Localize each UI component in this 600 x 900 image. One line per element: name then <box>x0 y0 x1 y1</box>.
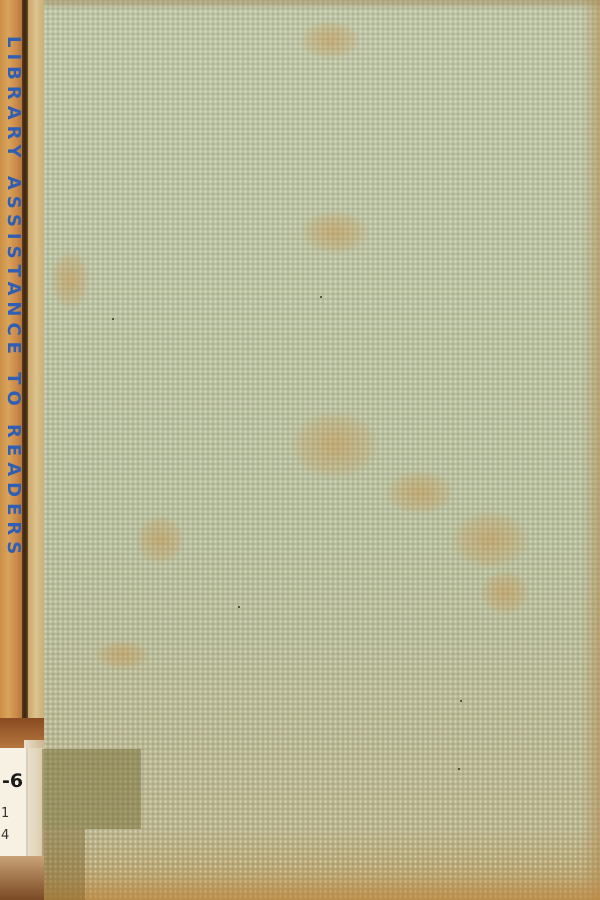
stain <box>135 515 185 565</box>
stain <box>450 510 530 570</box>
speck <box>320 296 322 298</box>
label-tape-lower <box>42 829 85 900</box>
label-line-3: 4 <box>1 828 9 843</box>
stain <box>50 250 90 310</box>
cover-bottom-wear <box>44 866 600 900</box>
stain <box>300 20 360 60</box>
label-number: -6 <box>2 770 23 792</box>
stain <box>385 470 455 515</box>
label-line-2: 1 <box>1 806 9 821</box>
stain <box>480 570 530 615</box>
stain <box>290 410 380 480</box>
speck <box>460 700 462 702</box>
stain <box>95 640 150 670</box>
speck <box>238 606 240 608</box>
spine-title: LIBRARY ASSISTANCE TO READERS <box>3 36 24 560</box>
stain <box>300 210 370 255</box>
cover-top-wear <box>44 0 600 10</box>
label-tape-overlay <box>42 749 141 829</box>
spine-foot-wear <box>0 856 44 900</box>
cover-right-wear <box>582 0 600 900</box>
book-cover-photo: LIBRARY ASSISTANCE TO READERS -6 1 4 <box>0 0 600 900</box>
speck <box>112 318 114 320</box>
speck <box>458 768 460 770</box>
library-call-number-label: -6 1 4 <box>0 748 26 856</box>
